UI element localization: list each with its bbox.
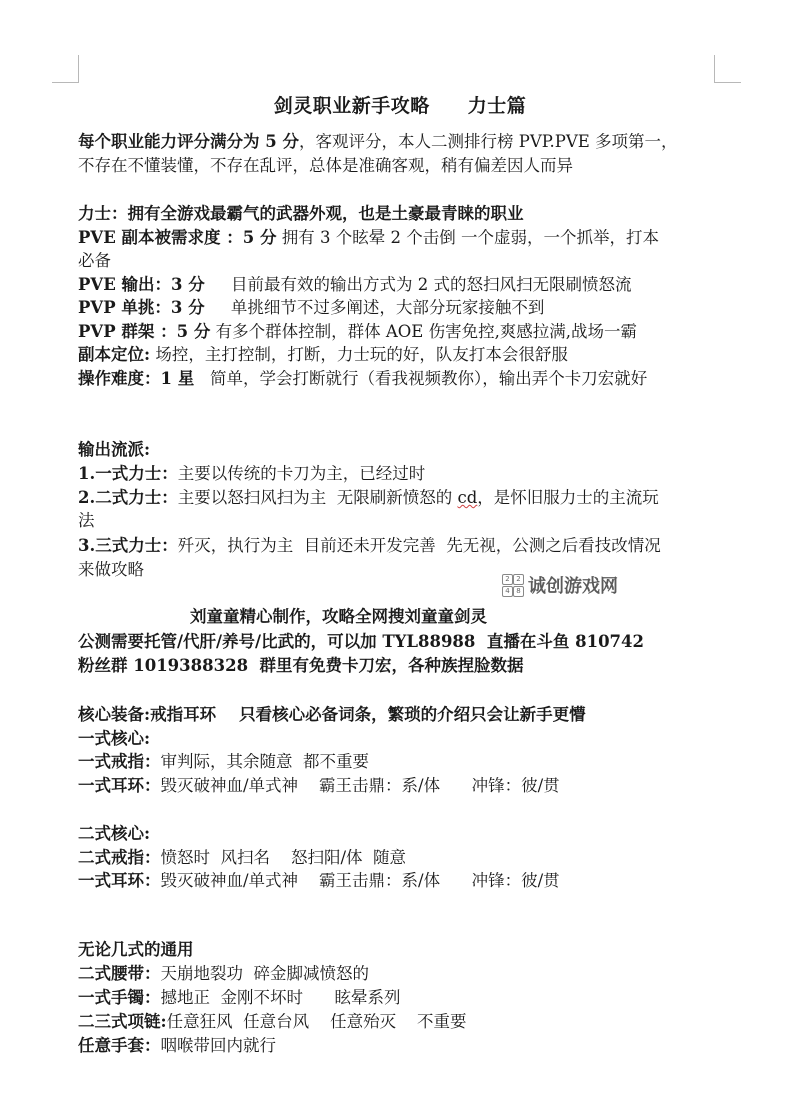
document-page: 剑灵职业新手攻略力士篇 每个职业能力评分满分为 5 分，客观评分，本人二测排行榜… xyxy=(0,0,800,1115)
style-text: ，是怀旧服力士的主流玩 xyxy=(477,488,659,507)
rating-label: 操作难度：1 星 xyxy=(78,369,194,388)
fan-group: 粉丝群 1019388328 群里有免费卡刀宏，各种族捏脸数据 xyxy=(78,654,524,678)
style-item-1: 1.一式力士：主要以传统的卡刀为主，已经过时 xyxy=(78,462,425,486)
style-text: 歼灭，执行为主 目前还未开发完善 先无视，公测之后看技改情况 xyxy=(178,536,661,555)
style-item-2-cont: 法 xyxy=(78,509,95,533)
rating-text: 目前最有效的输出方式为 2 式的怒扫风扫无限刷愤怒流 xyxy=(205,275,632,294)
style2-ring: 二式戒指：愤怒时 风扫名 怒扫阳/体 随意 xyxy=(78,846,406,870)
core-gear-label: 核心装备: xyxy=(78,705,150,724)
rating-pvp-group: PVP 群架 ：5 分 有多个群体控制，群体 AOE 伤害免控,爽感拉满,战场一… xyxy=(78,320,637,344)
gear-text: 毁灭破神血/单式神 霸王击鼎：系/体 冲锋：彼/贯 xyxy=(161,776,560,795)
rating-dungeon-role: 副本定位: 场控，主打控制，打断，力士玩的好，队友打本会很舒服 xyxy=(78,343,568,367)
intro-rest: ，客观评分，本人二测排行榜 PVP.PVE 多项第一， xyxy=(299,132,678,151)
style2-earring: 一式耳环：毁灭破神血/单式神 霸王击鼎：系/体 冲锋：彼/贯 xyxy=(78,869,560,893)
style-num: 1. xyxy=(78,464,95,483)
rating-text: 拥有 3 个眩晕 2 个击倒 一个虚弱，一个抓举，打本 xyxy=(277,228,659,247)
document-title: 剑灵职业新手攻略力士篇 xyxy=(0,91,800,118)
style-label: 三式力士： xyxy=(95,536,178,555)
intro-line-1: 每个职业能力评分满分为 5 分，客观评分，本人二测排行榜 PVP.PVE 多项第… xyxy=(78,130,678,154)
rating-label: PVE 输出：3 分 xyxy=(78,275,205,294)
gear-label: 任意手套： xyxy=(78,1036,161,1055)
gear-label: 二式腰带： xyxy=(78,964,161,983)
site-watermark: 2 2 4 8 诚创游戏网 xyxy=(502,572,618,598)
gear-label: 一式耳环： xyxy=(78,776,161,795)
style1-core-heading: 一式核心: xyxy=(78,727,150,751)
gear-text: 咽喉带回内就行 xyxy=(161,1036,277,1055)
style-label: 一式力士： xyxy=(95,464,178,483)
universal-belt: 二式腰带：天崩地裂功 碎金脚减愤怒的 xyxy=(78,962,369,986)
watermark-text: 诚创游戏网 xyxy=(528,572,618,598)
style-label: 二式力士： xyxy=(95,488,178,507)
gear-label: 一式耳环： xyxy=(78,871,161,890)
rating-label: PVE 副本被需求度 ：5 分 xyxy=(78,228,277,247)
rating-pve-output: PVE 输出：3 分 目前最有效的输出方式为 2 式的怒扫风扫无限刷愤怒流 xyxy=(78,273,631,297)
core-gear-heading: 核心装备:戒指耳环 只看核心必备词条，繁琐的介绍只会让新手更懵 xyxy=(78,703,586,727)
rating-pve-demand-cont: 必备 xyxy=(78,249,111,273)
gear-text: 毁灭破神血/单式神 霸王击鼎：系/体 冲锋：彼/贯 xyxy=(161,871,560,890)
page-corner-mark-top-right xyxy=(714,55,741,83)
style-item-2: 2.二式力士：主要以怒扫风扫为主 无限刷新愤怒的 cd，是怀旧服力士的主流玩 xyxy=(78,486,659,510)
rating-label: PVP 群架 ：5 分 xyxy=(78,322,210,341)
rating-pvp-duel: PVP 单挑：3 分 单挑细节不过多阐述，大部分玩家接触不到 xyxy=(78,296,544,320)
style-item-3: 3.三式力士：歼灭，执行为主 目前还未开发完善 先无视，公测之后看技改情况 xyxy=(78,534,661,558)
author-credit: 刘童童精心制作，攻略全网搜刘童童剑灵 xyxy=(190,605,487,629)
rating-text: 场控，主打控制，打断，力士玩的好，队友打本会很舒服 xyxy=(150,345,568,364)
class-heading: 力士：拥有全游戏最霸气的武器外观，也是土豪最青睐的职业 xyxy=(78,202,524,226)
style-text: 主要以怒扫风扫为主 无限刷新愤怒的 xyxy=(178,488,458,507)
rating-pve-demand: PVE 副本被需求度 ：5 分 拥有 3 个眩晕 2 个击倒 一个虚弱，一个抓举… xyxy=(78,226,659,250)
style-text: 主要以传统的卡刀为主，已经过时 xyxy=(178,464,426,483)
universal-bracelet: 一式手镯：撼地正 金刚不坏时 眩晕系列 xyxy=(78,986,400,1010)
rating-label: 副本定位: xyxy=(78,345,150,364)
gear-text: 任意狂风 任意台风 任意殆灭 不重要 xyxy=(167,1012,467,1031)
gear-label: 一式手镯： xyxy=(78,988,161,1007)
intro-bold: 每个职业能力评分满分为 5 分 xyxy=(78,132,299,151)
style-num: 3. xyxy=(78,536,95,555)
rating-text: 简单，学会打断就行（看我视频教你），输出弄个卡刀宏就好 xyxy=(194,369,647,388)
gear-label: 一式戒指： xyxy=(78,752,161,771)
gear-label: 二三式项链: xyxy=(78,1012,167,1031)
watermark-logo-icon: 2 2 4 8 xyxy=(502,574,523,597)
core-gear-note: 戒指耳环 只看核心必备词条，繁琐的介绍只会让新手更懵 xyxy=(150,705,585,724)
spellcheck-underlined-word: cd xyxy=(457,488,477,507)
style-item-3-cont: 来做攻略 xyxy=(78,558,144,582)
style1-ring: 一式戒指：审判际，其余随意 都不重要 xyxy=(78,750,369,774)
rating-text: 有多个群体控制，群体 AOE 伤害免控,爽感拉满,战场一霸 xyxy=(210,322,637,341)
universal-heading: 无论几式的通用 xyxy=(78,938,194,962)
style-num: 2. xyxy=(78,488,95,507)
gear-text: 撼地正 金刚不坏时 眩晕系列 xyxy=(161,988,401,1007)
style2-core-heading: 二式核心: xyxy=(78,822,150,846)
gear-text: 愤怒时 风扫名 怒扫阳/体 随意 xyxy=(161,848,407,867)
gear-text: 天崩地裂功 碎金脚减愤怒的 xyxy=(161,964,370,983)
rating-difficulty: 操作难度：1 星 简单，学会打断就行（看我视频教你），输出弄个卡刀宏就好 xyxy=(78,367,647,391)
rating-text: 单挑细节不过多阐述，大部分玩家接触不到 xyxy=(205,298,545,317)
title-main: 剑灵职业新手攻略 xyxy=(274,95,430,117)
universal-gloves: 任意手套：咽喉带回内就行 xyxy=(78,1034,276,1058)
service-contact: 公测需要托管/代肝/养号/比武的，可以加 TYL88988 直播在斗鱼 8107… xyxy=(78,630,644,654)
gear-label: 二式戒指： xyxy=(78,848,161,867)
gear-text: 审判际，其余随意 都不重要 xyxy=(161,752,370,771)
universal-necklace: 二三式项链:任意狂风 任意台风 任意殆灭 不重要 xyxy=(78,1010,467,1034)
styles-heading: 输出流派: xyxy=(78,438,150,462)
style1-earring: 一式耳环：毁灭破神血/单式神 霸王击鼎：系/体 冲锋：彼/贯 xyxy=(78,774,560,798)
page-corner-mark-top-left xyxy=(52,55,79,83)
title-sub: 力士篇 xyxy=(468,95,527,117)
intro-line-2: 不存在不懂装懂，不存在乱评，总体是准确客观，稍有偏差因人而异 xyxy=(78,154,573,178)
rating-label: PVP 单挑：3 分 xyxy=(78,298,205,317)
